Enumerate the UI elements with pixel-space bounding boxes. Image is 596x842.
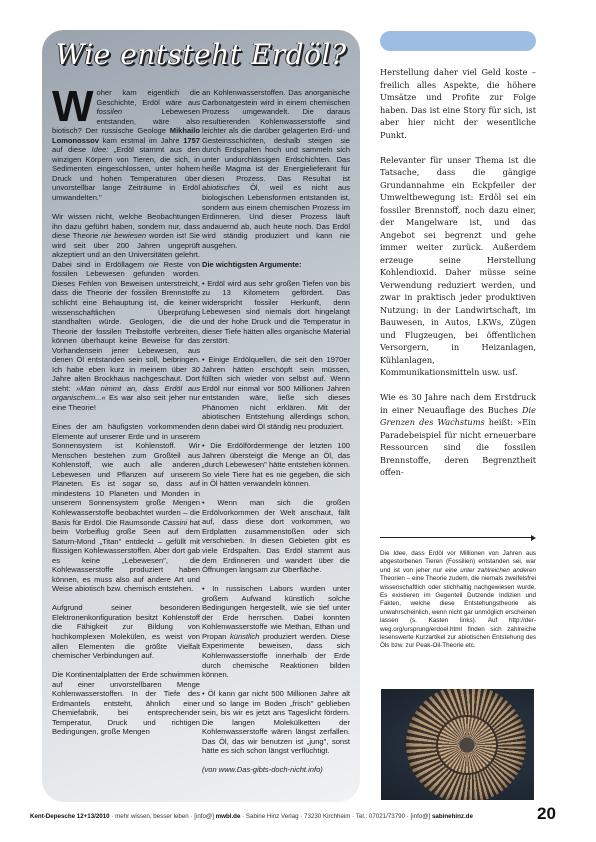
drop-cap: W [52,90,94,124]
article-paragraph: Wie es 30 Jahre nach dem Erstdruck in ei… [380,391,536,479]
box-paragraph: Die Kontinentalplatten der Erde schwimme… [52,670,200,737]
sidebar-info-box: Wie entsteht Erdöl? Woher kam eigentlich… [42,30,360,802]
argument-item: • Einige Erdölquellen, die seit den 1970… [202,355,350,431]
argument-item: • Die Erdölfördermenge der letzten 100 J… [202,441,350,489]
publication-name: Kent-Depesche 12+13/2010 [30,813,110,820]
section-header-bar [380,31,536,51]
text-italic: fossilen [97,107,123,116]
footer-link[interactable]: sabinehinz.de [432,813,473,820]
footer-text: · Sabine Hinz Verlag · 73230 Kirchheim ·… [240,813,432,820]
argument-item: • In russischen Labors wurden unter groß… [202,584,350,679]
page-number: 20 [537,804,556,824]
argument-item: • Erdöl wird aus sehr großen Tiefen von … [202,279,350,346]
box-paragraph: an Kohlenwasserstoffen. Das anorganische… [202,88,350,250]
box-paragraph: Eines der am häufigsten vorkommenden Ele… [52,422,200,594]
text: Wie es 30 Jahre nach dem Erstdruck in ei… [380,392,536,415]
text-bold: 1757 [183,136,200,145]
text-italic: Cassini [162,518,187,527]
text: hat beim Vorbeiflug große Seen auf dem S… [52,518,200,594]
text-italic: abiotisches [202,183,240,192]
text-italic: nie bewiesen [101,231,146,240]
ammonite-fossil-photo [381,689,534,800]
box-paragraph: Aufgrund seiner besonderen Elektronenkon… [52,603,200,660]
text-italic: Idee: [92,145,109,154]
text: oher kam eigentlich die Geschichte, Erdö… [97,88,200,107]
box-left-column: Woher kam eigentlich die Geschichte, Erd… [52,88,200,747]
footer-text: · mehr wissen, besser leben · [info@] [110,813,216,820]
text-italic: künstlich [230,632,259,641]
source-citation: (von www.Das-gibts-doch-nicht.info) [202,765,350,775]
ammonite-inner-whorl [436,715,498,775]
arguments-heading: Die wichtigsten Argumente: [202,260,350,270]
article-paragraph: Relevanter für unser Thema ist die Tatsa… [380,154,536,379]
text: an Kohlenwasserstoffen. Das anorganische… [202,88,350,183]
box-paragraph: Woher kam eigentlich die Geschichte, Erd… [52,88,200,203]
image-caption: Die Idee, dass Erdöl vor Millionen von J… [380,550,536,651]
argument-item: • Wenn man sich die großen Erdölvorkomme… [202,498,350,574]
text-italic: nie [149,260,159,269]
argument-item: • Öl kann gar nicht 500 Millionen Jahre … [202,689,350,756]
text: auf diese [52,145,92,154]
box-title: Wie entsteht Erdöl? [42,38,360,71]
page-footer: Kent-Depesche 12+13/2010 · mehr wissen, … [30,813,530,820]
main-article-column: Herstellung daher viel Geld koste – frei… [380,66,536,491]
footer-link[interactable]: mwbl.de [216,813,241,820]
text: kam erstmal im Jahre [99,136,183,145]
box-right-column: an Kohlenwasserstoffen. Das anorganische… [202,88,350,785]
text: Eines der am häufigsten vorkommenden Ele… [52,422,200,526]
ammonite-shell [406,689,526,800]
continue-arrow-icon [380,537,534,538]
box-paragraph: Wir wissen nicht, welche Beobachtungen i… [52,212,200,412]
text: Reste von fossilen Lebewesen gefunden wo… [52,260,200,393]
text: Theorien – eine Theorie zudem, die niema… [380,575,536,649]
article-paragraph: Herstellung daher viel Geld koste – frei… [380,66,536,141]
text-italic: eine unter zahlreichen anderen [445,567,536,574]
text: Öl, weil es nicht aus biologischen Leben… [202,183,350,249]
